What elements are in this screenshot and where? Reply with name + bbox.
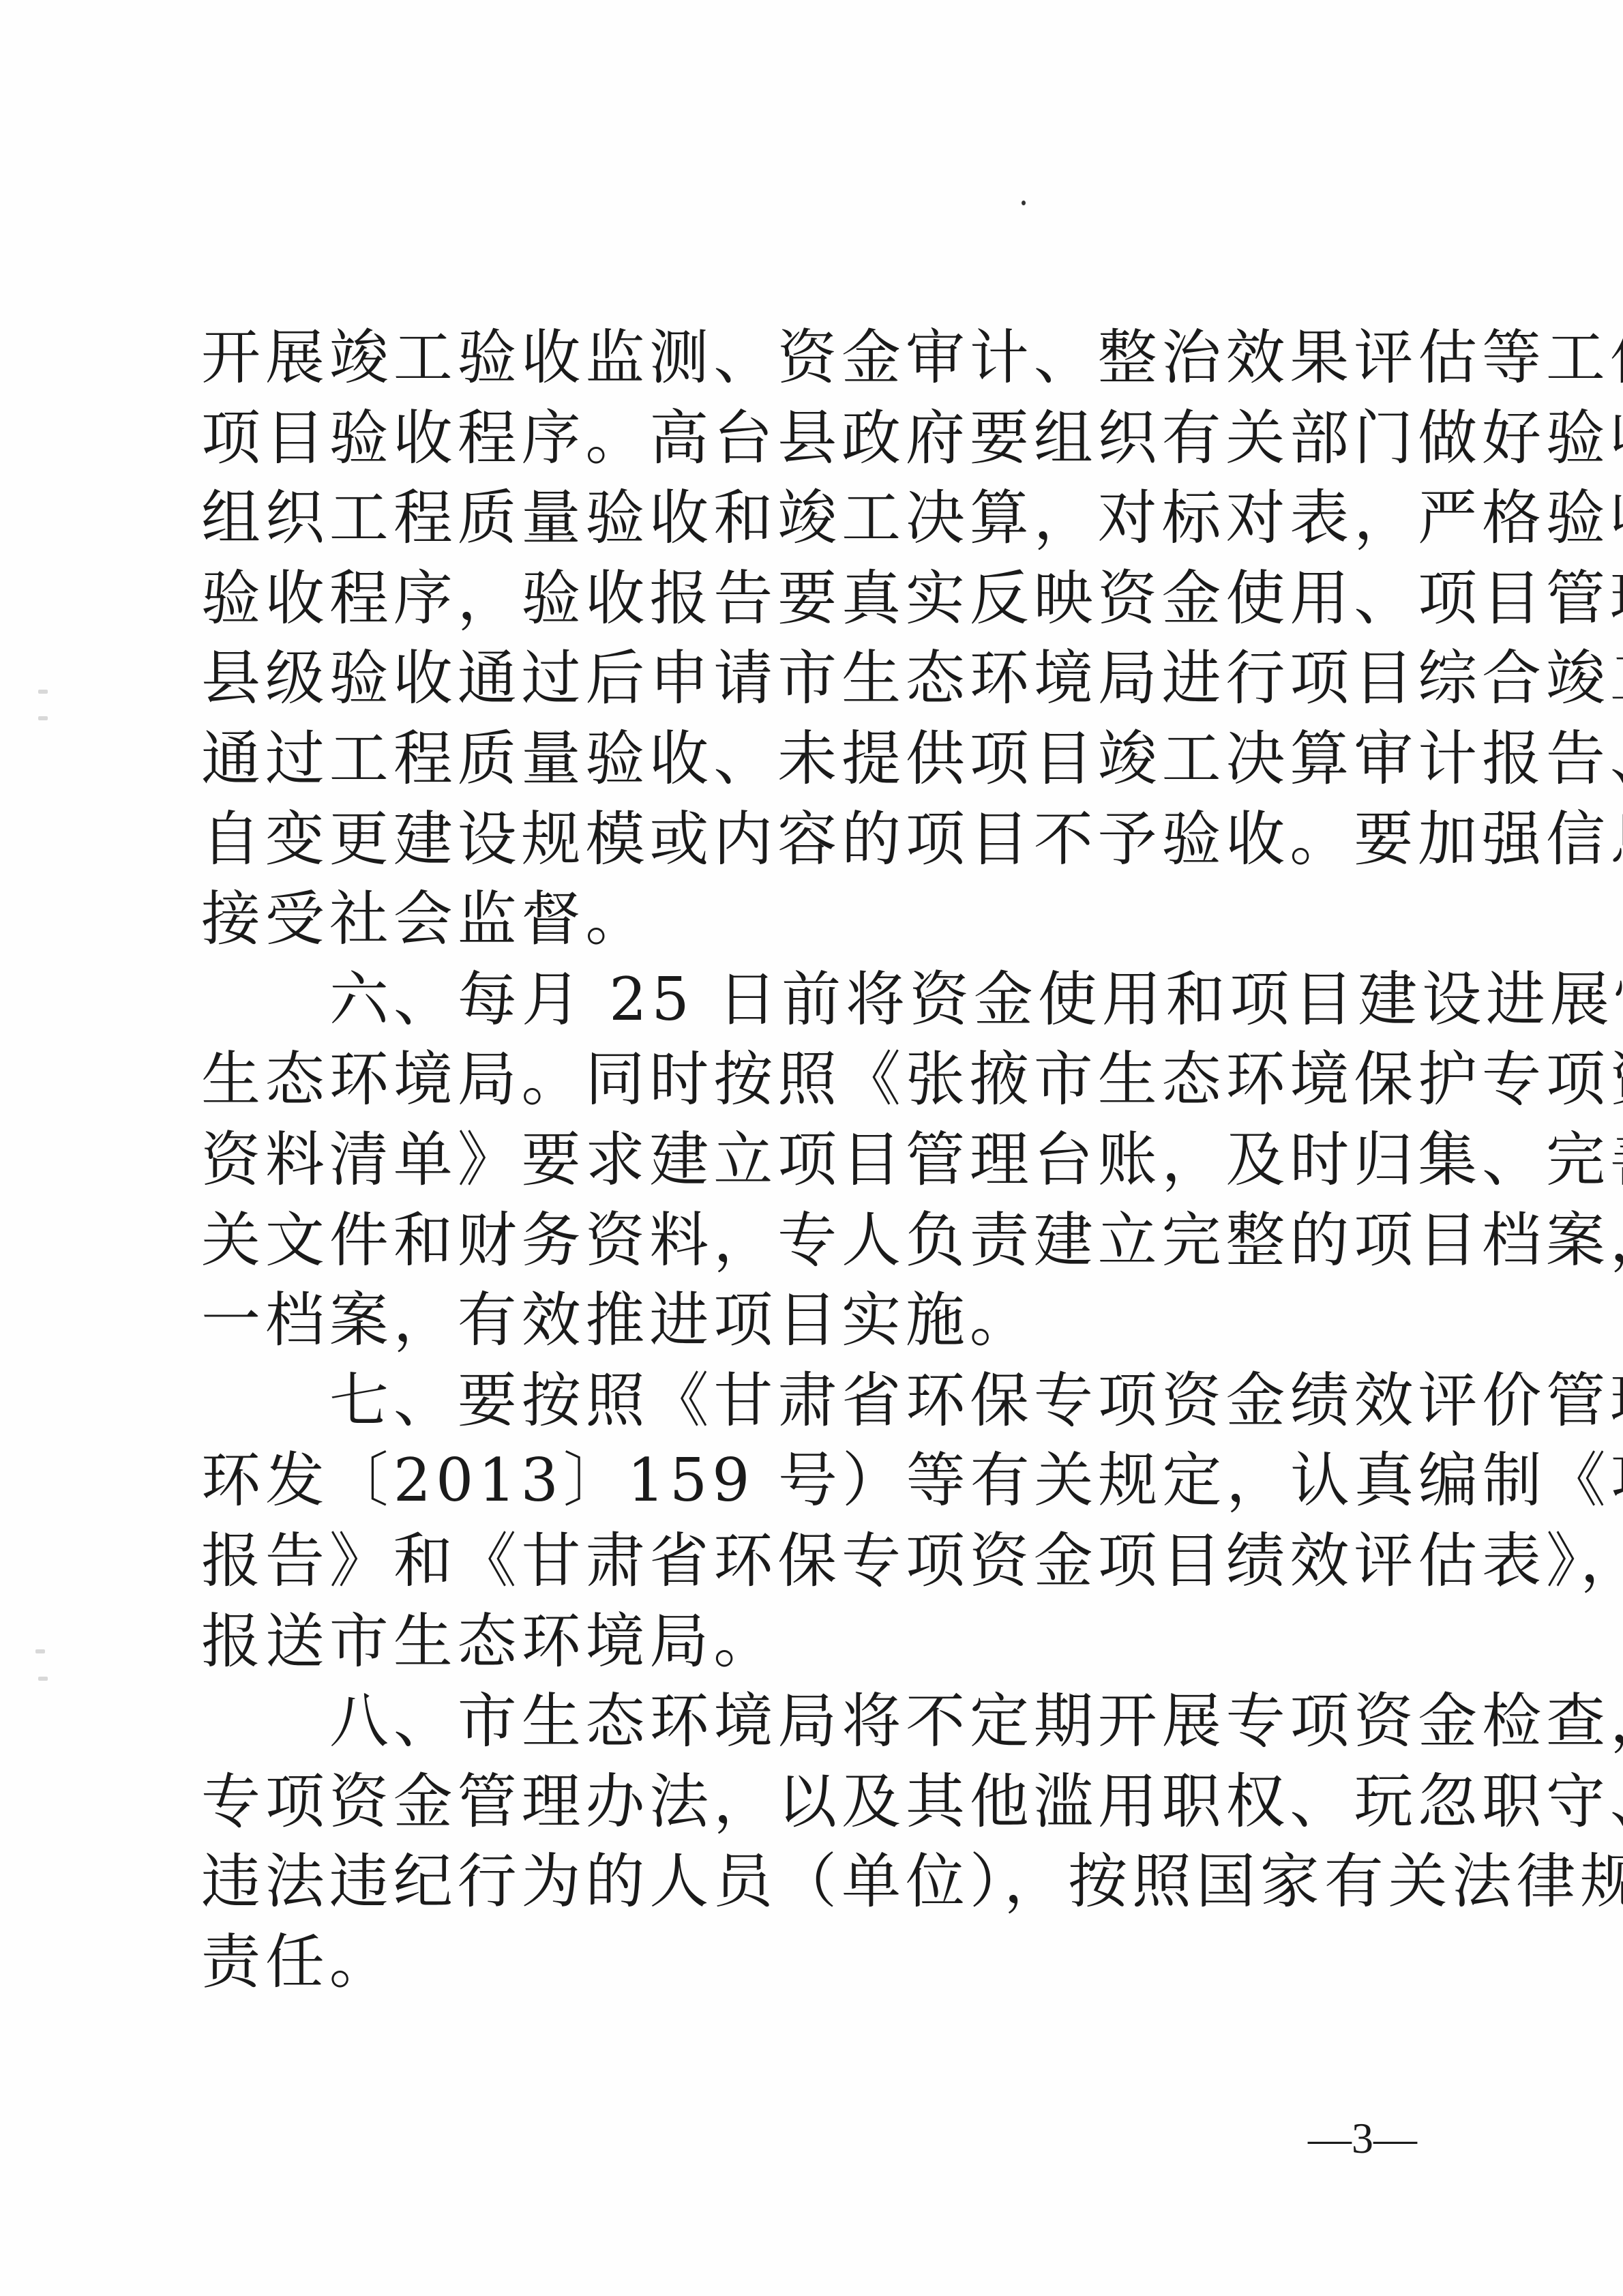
binding-mark [38,1677,48,1681]
text-line: 违法违纪行为的人员（单位），按照国家有关法律规定追究相关 [201,1842,1418,1922]
text-line: 七、要按照《甘肃省环保专项资金绩效评价管理办法》（甘 [201,1361,1418,1441]
binding-mark [38,716,48,720]
text-line: 通过工程质量验收、未提供项目竣工决算审计报告、未经批准擅 [201,719,1418,799]
text-line: 组织工程质量验收和竣工决算，对标对表，严格验收条件、规范 [201,478,1418,559]
text-line: 八、市生态环境局将不定期开展专项资金检查，对存在违反 [201,1681,1418,1762]
document-body: 开展竣工验收监测、资金审计、整治效果评估等工作，履行资金 项目验收程序。高台县政… [201,318,1418,2002]
paragraph-5-continued: 开展竣工验收监测、资金审计、整治效果评估等工作，履行资金 项目验收程序。高台县政… [201,318,1418,960]
scan-speck [1022,201,1026,205]
paragraph-8: 八、市生态环境局将不定期开展专项资金检查，对存在违反 专项资金管理办法，以及其他… [201,1681,1418,2002]
text-line: 关文件和财务资料，专人负责建立完整的项目档案，做到一项目 [201,1201,1418,1281]
text-line: 验收程序，验收报告要真实反映资金使用、项目管理的规范性， [201,559,1418,639]
text-line: 资料清单》要求建立项目管理台账，及时归集、完善项目资金有 [201,1120,1418,1201]
text-line: 一档案，有效推进项目实施。 [201,1280,1418,1361]
text-line: 接受社会监督。 [201,879,1418,960]
text-line: 开展竣工验收监测、资金审计、整治效果评估等工作，履行资金 [201,318,1418,398]
paragraph-7: 七、要按照《甘肃省环保专项资金绩效评价管理办法》（甘 环发〔2013〕159 号… [201,1361,1418,1681]
binding-mark [35,1649,45,1653]
text-line: 责任。 [201,1922,1418,2003]
text-line: 报送市生态环境局。 [201,1602,1418,1682]
text-line: 报告》和《甘肃省环保专项资金项目绩效评估表》，按规定期限 [201,1521,1418,1602]
text-line: 专项资金管理办法，以及其他滥用职权、玩忽职守、徇私舞弊等 [201,1762,1418,1842]
binding-mark [38,690,48,694]
document-page: 开展竣工验收监测、资金审计、整治效果评估等工作，履行资金 项目验收程序。高台县政… [0,0,1623,2296]
text-line: 环发〔2013〕159 号）等有关规定，认真编制《项目绩效自评价 [201,1441,1418,1521]
page-number: —3— [1308,2115,1417,2162]
paragraph-6: 六、每月 25 日前将资金使用和项目建设进展情况报告报市 生态环境局。同时按照《… [201,960,1418,1361]
text-line: 六、每月 25 日前将资金使用和项目建设进展情况报告报市 [201,960,1418,1040]
text-line: 生态环境局。同时按照《张掖市生态环境保护专项资金项目档案 [201,1040,1418,1120]
text-line: 项目验收程序。高台县政府要组织有关部门做好验收工作，及时 [201,398,1418,479]
text-line: 县级验收通过后申请市生态环境局进行项目综合竣工验收。对未 [201,638,1418,719]
text-line: 自变更建设规模或内容的项目不予验收。要加强信息公开，自觉 [201,799,1418,880]
